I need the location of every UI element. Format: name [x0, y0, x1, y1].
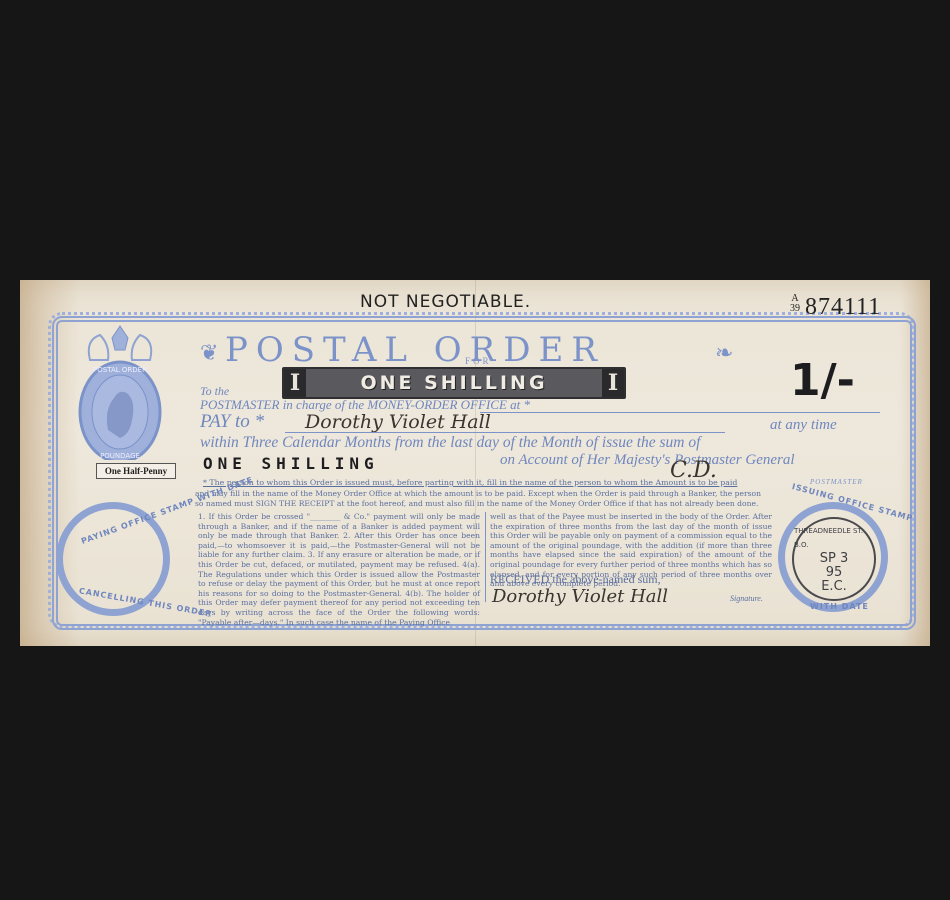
banner-right-numeral: I: [602, 369, 624, 397]
column-divider: [485, 512, 486, 602]
payee-handwritten[interactable]: Dorothy Violet Hall: [305, 411, 491, 433]
pay-to-label: PAY to *: [200, 411, 264, 433]
for-label: FOR: [465, 356, 492, 366]
svg-text:POSTAL ORDER: POSTAL ORDER: [93, 366, 147, 374]
denomination-banner: I ONE SHILLING I: [282, 367, 626, 399]
svg-text:POUNDAGE: POUNDAGE: [100, 452, 140, 460]
instruction-line-3: so named must SIGN THE RECEIPT at the fo…: [195, 499, 825, 509]
validity-line: within Three Calendar Months from the la…: [200, 434, 700, 452]
not-negotiable-notice: NOT NEGOTIABLE.: [360, 292, 531, 312]
royal-coat-of-arms-icon: POSTAL ORDER POUNDAGE: [70, 320, 170, 460]
postmark-cancellation: THREADNEEDLE ST. B.O. SP 3 95 E.C.: [792, 517, 876, 601]
at-any-time-label: at any time: [770, 417, 837, 434]
document-title: POSTAL ORDER: [225, 330, 605, 370]
serial-prefix: A 39: [790, 294, 800, 314]
conditions-left-column: 1. If this Order be crossed "________ & …: [198, 512, 480, 627]
account-line: on Account of Her Majesty's Postmaster G…: [500, 452, 795, 469]
postal-order-document: NOT NEGOTIABLE. A 39 874111 ❦ POSTAL ORD…: [20, 280, 930, 646]
banner-left-numeral: I: [284, 369, 306, 397]
postmark-date: SP 3: [820, 552, 849, 566]
instruction-line-2: and may fill in the name of the Money Or…: [195, 489, 825, 499]
banner-text: ONE SHILLING: [306, 372, 602, 394]
instruction-line-1: * The person to whom this Order is issue…: [203, 478, 803, 488]
postmark-year: 95: [826, 566, 843, 580]
postmaster-label: POSTMASTER: [810, 478, 863, 486]
postmark-district: E.C.: [821, 580, 847, 594]
serial-prefix-number: 39: [790, 304, 800, 314]
received-text: RECEIVED the above-named sum,: [490, 572, 661, 587]
amount-in-words: ONE SHILLING: [203, 454, 379, 473]
signature-label: Signature.: [730, 594, 763, 603]
recipient-signature[interactable]: Dorothy Violet Hall: [492, 586, 668, 607]
right-flourish-icon: ❧: [715, 340, 733, 366]
poundage-label: One Half-Penny: [96, 463, 176, 479]
office-field-line: [480, 412, 880, 413]
payee-field-line: [285, 432, 725, 433]
value-display: 1/-: [790, 355, 855, 406]
left-flourish-icon: ❦: [200, 340, 218, 366]
postmark-office: THREADNEEDLE ST. B.O.: [794, 524, 874, 552]
issuing-stamp-bottom-label: WITH DATE: [810, 602, 869, 611]
serial-number: 874111: [805, 294, 881, 321]
